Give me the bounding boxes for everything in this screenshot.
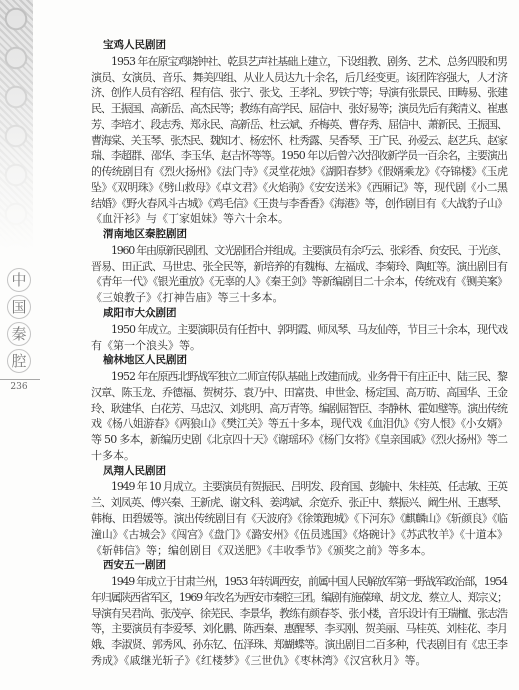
- text-line: 1960 年由原新民剧团、文光剧团合并组成。主要演员有余巧云、张彩香、贠安民、于…: [91, 243, 508, 259]
- text-line: 戏《杨八姐游春》《两狼山》《樊江关》等五十多本，现代戏《血泪仇》《穷人恨》《小女…: [91, 416, 508, 432]
- book-title-char: 中: [7, 268, 31, 292]
- book-title-char: 秦: [7, 322, 31, 346]
- text-line: 等，主要演员有李爱琴、刘化鹏、陈西秦、惠醒琴、李买刚、贺美丽、马桂英、刘桂花、李…: [91, 621, 508, 637]
- text-line: 1953 年在原宝鸡晓钟社、乾县艺声社基础上建立，下设组教、剧务、艺术、总务四股…: [91, 54, 508, 70]
- text-line: 有《第一个浪头》等。: [91, 338, 508, 354]
- text-line: 瑞、李超群、邵华、李玉华、赵吉怀等等。1950 年以后曾六次招收新学员一百余名，…: [91, 148, 508, 164]
- text-line: 济、创作人员有容绍、程有信、张宁、张戈、王孝礼、罗铁宁等；导演有张景民、田畴易、…: [91, 85, 508, 101]
- text-line: 曹海棠、关玉琴、张杰民、魏知才、杨宏怀、杜秀露、吴香琴、王广民、孙爱云、赵艺兵、…: [91, 133, 508, 149]
- text-line: 《青年一代》《银光重放》《无辜的人》《秦王剑》等新编剧目二十余本，传统戏有《铡美…: [91, 274, 508, 290]
- section-heading: 渭南地区秦腔剧团: [91, 227, 508, 243]
- text-line: 秀成》《戚继光斩子》《红楼梦》《三世仇》《枣林湾》《汉宫秋月》等。: [91, 653, 508, 669]
- text-line: 《三娘教子》《打神告庙》等三十多本。: [91, 290, 508, 306]
- text-line: 1950 年成立。主要演职员有任哲中、郭明霞、师凤琴、马友仙等，节目三十余本，现…: [91, 322, 508, 338]
- text-line: 结婚》《野火春风斗古城》《鸡毛信》《王贵与李香香》《海港》等，创作剧目有《大战豹…: [91, 196, 508, 212]
- text-line: 潼山》《古城会》《闯宫》《盘门》《潞安州》《伍员逃国》《烙碗计》《苏武牧羊》《十…: [91, 527, 508, 543]
- text-line: 民、王振国、高新岳、高杰民等；教练有高学民、屈信中、张好易等；演员先后有龚清义、…: [91, 101, 508, 117]
- text-line: 兰、刘凤英、傅兴秦、王新虎、谢文科、姜鸿斌、余宽乔、张正中、蔡振兴、阚生州、王惠…: [91, 495, 508, 511]
- page-number-divider: [0, 379, 40, 380]
- text-line: 坠》《双明珠》《劈山救母》《卓文君》《火焰驹》《安安送米》《西厢记》等，现代剧《…: [91, 180, 508, 196]
- troupe-section-baoji: 宝鸡人民剧团 1953 年在原宝鸡晓钟社、乾县艺声社基础上建立，下设组教、剧务、…: [91, 38, 508, 227]
- text-line: 《斩韩信》等；编创剧目《双送肥》《丰收季节》《颁奖之前》等多本。: [91, 543, 508, 559]
- section-heading: 咸阳市大众剧团: [91, 306, 508, 322]
- text-line: 娥、李淑贤、郭秀风、孙东钇、伍泽珠、郑蝴蝶等。演出剧目二百多种，代表剧目有《忠王…: [91, 637, 508, 653]
- troupe-section-fengxiang: 凤翔人民剧团 1949 年 10 月成立。主要演员有贺振民、吕明发、段育国、彭毓…: [91, 464, 508, 559]
- section-heading: 宝鸡人民剧团: [91, 38, 508, 54]
- text-line: 汉章、陈玉龙、乔德福、贺树芬、袁乃中、田富贵、申世金、杨定国、高万昉、高国华、王…: [91, 385, 508, 401]
- text-line: 等 50 多本，新编历史剧《北京四十天》《谢瑶环》《杨门女将》《皇亲国戚》《烈火…: [91, 432, 508, 448]
- troupe-section-xian-wuyi: 西安五一剧团 1949 年成立于甘肃兰州，1953 年转调西安，前属中国人民解放…: [91, 558, 508, 668]
- text-line: 1949 年成立于甘肃兰州，1953 年转调西安，前属中国人民解放军第一野战军政…: [91, 574, 508, 590]
- section-heading: 凤翔人民剧团: [91, 464, 508, 480]
- text-line: 1952 年在原西北野战军独立二师宣传队基础上改建而成。业务骨干有庄正中、陆三民…: [91, 369, 508, 385]
- troupe-section-weinan: 渭南地区秦腔剧团 1960 年由原新民剧团、文光剧团合并组成。主要演员有余巧云、…: [91, 227, 508, 306]
- book-title-char: 国: [7, 295, 31, 319]
- text-line: 韩梅、田碧媛等。演出传统剧目有《天波府》《徐策跑城》《下河东》《麒麟山》《斩颜良…: [91, 511, 508, 527]
- book-title-char: 腔: [7, 349, 31, 373]
- section-heading: 榆林地区人民剧团: [91, 353, 508, 369]
- book-title-vertical: 中 国 秦 腔: [7, 268, 31, 376]
- page-body: 宝鸡人民剧团 1953 年在原宝鸡晓钟社、乾县艺声社基础上建立，下设组教、剧务、…: [91, 38, 508, 669]
- troupe-section-xianyang: 咸阳市大众剧团 1950 年成立。主要演职员有任哲中、郭明霞、师凤琴、马友仙等，…: [91, 306, 508, 353]
- section-heading: 西安五一剧团: [91, 558, 508, 574]
- text-line: 1949 年 10 月成立。主要演员有贺振民、吕明发、段育国、彭毓中、朱桂英、任…: [91, 479, 508, 495]
- text-line: 玲、耿建华、白花芳、马忠汉、刘兆明、高万青等。编剧屈智臣、李静林、霍如璧等。演出…: [91, 401, 508, 417]
- text-line: 的传统剧目有《烈火扬州》《法门寺》《灵堂花烛》《湖阳春梦》《假婿乘龙》《夺锦楼》…: [91, 164, 508, 180]
- text-line: 演员、女演员、音乐、舞美四组、从业人员达九十余名，后几经变更。该团阵容强大，人才…: [91, 70, 508, 86]
- text-line: 年归属陕西省军区，1969 年改名为西安市秦腔三团。编剧有施葆璋、胡文龙、蔡立人…: [91, 590, 508, 606]
- text-line: 十多本。: [91, 448, 508, 464]
- troupe-section-yulin: 榆林地区人民剧团 1952 年在原西北野战军独立二师宣传队基础上改建而成。业务骨…: [91, 353, 508, 463]
- text-line: 晋易、田正武、马世忠、张全民等，新培养的有魏梅、左福成、李菊玲、陶虹等。演出剧目…: [91, 259, 508, 275]
- page-number: 236: [0, 382, 38, 392]
- text-line: 导演有吴君尚、张茂亭、徐芜民、李景华，教练有颜春苓、张小楼，音乐设计有王瑞檀、张…: [91, 606, 508, 622]
- decorative-border-strip: [0, 0, 33, 250]
- text-line: 芳、李培才、段志秀、郑永民、高新岳、杜云斌、乔梅英、曹存秀、屈信中、萧新民、王振…: [91, 117, 508, 133]
- text-line: 《血汗衫》与《丁家姐妹》等六十余本。: [91, 211, 508, 227]
